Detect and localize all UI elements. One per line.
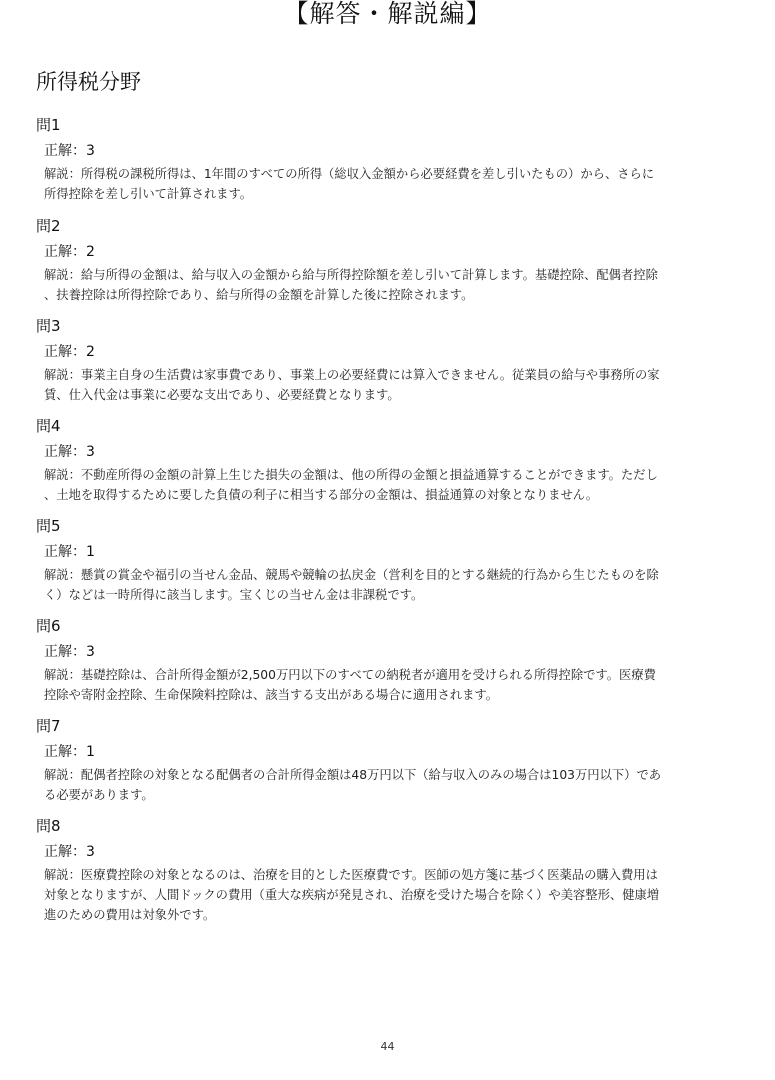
explanation-line: る必要があります。 (44, 785, 744, 805)
explanation-line: 解説：懸賞の賞金や福引の当せん金品、競馬や競輪の払戻金（営利を目的とする継続的行… (44, 565, 744, 585)
explanation: 解説：懸賞の賞金や福引の当せん金品、競馬や競輪の払戻金（営利を目的とする継続的行… (44, 565, 744, 605)
explanation-line: 解説：医療費控除の対象となるのは、治療を目的とした医療費です。医師の処方箋に基づ… (44, 865, 744, 885)
explanation: 解説：不動産所得の金額の計算上生じた損失の金額は、他の所得の金額と損益通算するこ… (44, 465, 744, 505)
explanation-line: 解説：不動産所得の金額の計算上生じた損失の金額は、他の所得の金額と損益通算するこ… (44, 465, 744, 485)
explanation: 解説：基礎控除は、合計所得金額が2,500万円以下のすべての納税者が適用を受けら… (44, 665, 744, 705)
question-label: 問3 (36, 315, 61, 336)
explanation-line: 解説：給与所得の金額は、給与収入の金額から給与所得控除額を差し引いて計算します。… (44, 265, 744, 285)
explanation-line: 賃、仕入代金は事業に必要な支出であり、必要経費となります。 (44, 385, 744, 405)
correct-answer: 正解：3 (44, 641, 95, 661)
explanation-line: 、土地を取得するために要した負債の利子に相当する部分の金額は、損益通算の対象とな… (44, 485, 744, 505)
correct-answer: 正解：2 (44, 341, 95, 361)
explanation: 解説：配偶者控除の対象となる配偶者の合計所得金額は48万円以下（給与収入のみの場… (44, 765, 744, 805)
explanation-line: 解説：基礎控除は、合計所得金額が2,500万円以下のすべての納税者が適用を受けら… (44, 665, 744, 685)
explanation: 解説：医療費控除の対象となるのは、治療を目的とした医療費です。医師の処方箋に基づ… (44, 865, 744, 925)
explanation: 解説：事業主自身の生活費は家事費であり、事業上の必要経費には算入できません。従業… (44, 365, 744, 405)
question-label: 問7 (36, 715, 61, 736)
section-title: 所得税分野 (36, 66, 141, 96)
explanation: 解説：給与所得の金額は、給与収入の金額から給与所得控除額を差し引いて計算します。… (44, 265, 744, 305)
question-label: 問4 (36, 415, 61, 436)
question-label: 問2 (36, 215, 61, 236)
correct-answer: 正解：1 (44, 541, 95, 561)
question-label: 問1 (36, 114, 61, 135)
explanation-line: 、扶養控除は所得控除であり、給与所得の金額を計算した後に控除されます。 (44, 285, 744, 305)
question-label: 問6 (36, 615, 61, 636)
correct-answer: 正解：3 (44, 140, 95, 160)
explanation-line: 対象となりますが、人間ドックの費用（重大な疾病が発見され、治療を受けた場合を除く… (44, 885, 744, 905)
page-number: 44 (0, 1040, 775, 1053)
correct-answer: 正解：1 (44, 741, 95, 761)
explanation-line: く）などは一時所得に該当します。宝くじの当せん金は非課税です。 (44, 585, 744, 605)
correct-answer: 正解：3 (44, 841, 95, 861)
correct-answer: 正解：2 (44, 241, 95, 261)
correct-answer: 正解：3 (44, 441, 95, 461)
explanation: 解説：所得税の課税所得は、1年間のすべての所得（総収入金額から必要経費を差し引い… (44, 164, 744, 204)
explanation-line: 進のための費用は対象外です。 (44, 905, 744, 925)
explanation-line: 所得控除を差し引いて計算されます。 (44, 184, 744, 204)
question-label: 問5 (36, 515, 61, 536)
explanation-line: 控除や寄附金控除、生命保険料控除は、該当する支出がある場合に適用されます。 (44, 685, 744, 705)
explanation-line: 解説：事業主自身の生活費は家事費であり、事業上の必要経費には算入できません。従業… (44, 365, 744, 385)
explanation-line: 解説：配偶者控除の対象となる配偶者の合計所得金額は48万円以下（給与収入のみの場… (44, 765, 744, 785)
page-title: 【解答・解説編】 (0, 0, 775, 30)
explanation-line: 解説：所得税の課税所得は、1年間のすべての所得（総収入金額から必要経費を差し引い… (44, 164, 744, 184)
question-label: 問8 (36, 815, 61, 836)
